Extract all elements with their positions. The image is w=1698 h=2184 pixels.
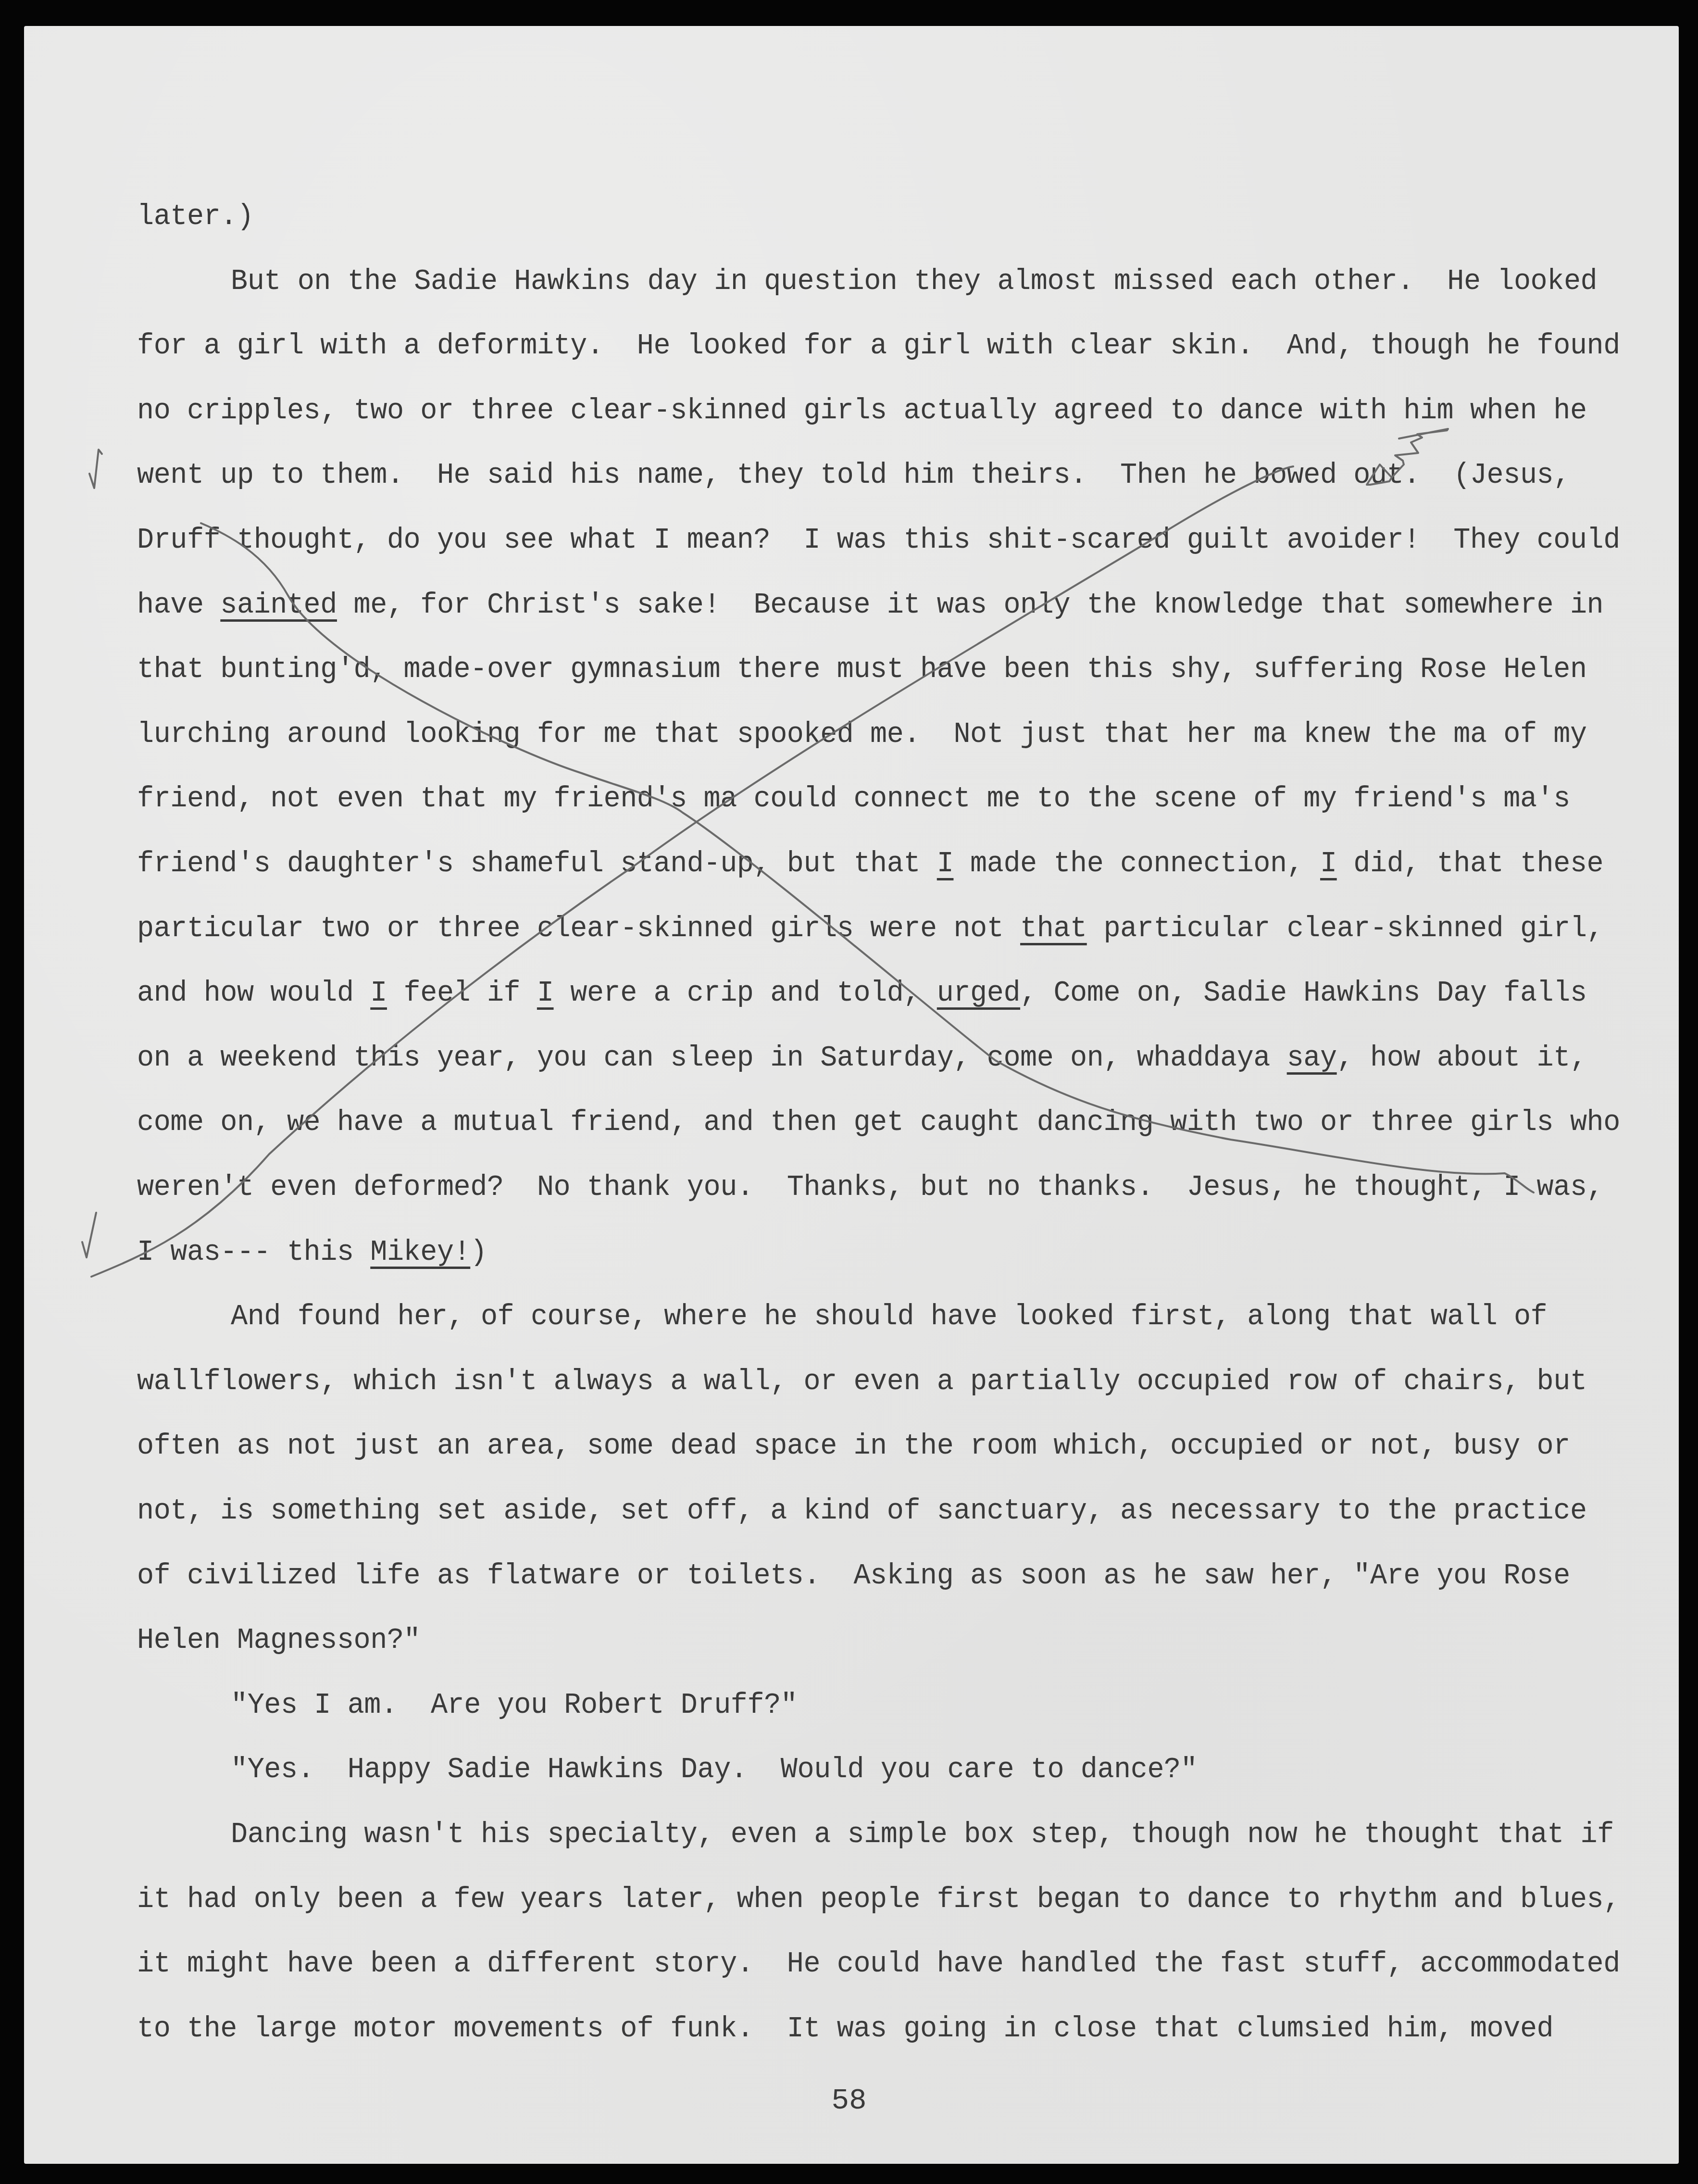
text-line: "Yes I am. Are you Robert Druff?" bbox=[231, 1691, 798, 1720]
underlined-word: say bbox=[1287, 1042, 1337, 1075]
text-line: "Yes. Happy Sadie Hawkins Day. Would you… bbox=[231, 1755, 1197, 1784]
underlined-word: I bbox=[1320, 847, 1337, 880]
text-run: it had only been a few years later, when… bbox=[137, 1883, 1620, 1916]
text-run: particular clear-skinned girl, bbox=[1087, 912, 1604, 945]
text-line: friend, not even that my friend's ma cou… bbox=[137, 784, 1570, 814]
text-line: later.) bbox=[137, 202, 254, 231]
text-run: for a girl with a deformity. He looked f… bbox=[137, 329, 1620, 363]
text-line: wallflowers, which isn't always a wall, … bbox=[137, 1367, 1587, 1396]
text-run: particular two or three clear-skinned gi… bbox=[137, 912, 1020, 945]
text-run: And found her, of course, where he shoul… bbox=[231, 1300, 1547, 1333]
text-run: come on, we have a mutual friend, and th… bbox=[137, 1106, 1620, 1139]
text-run: , how about it, bbox=[1337, 1042, 1587, 1075]
underlined-word: sainted bbox=[220, 589, 337, 622]
text-run: went up to them. He said his name, they … bbox=[137, 459, 1570, 492]
text-run: no cripples, two or three clear-skinned … bbox=[137, 394, 1587, 427]
underlined-word: that bbox=[1020, 912, 1087, 945]
text-run: made the connection, bbox=[953, 847, 1320, 880]
text-line: that bunting'd, made-over gymnasium ther… bbox=[137, 655, 1587, 684]
text-run: Druff thought, do you see what I mean? I… bbox=[137, 524, 1620, 557]
text-line: And found her, of course, where he shoul… bbox=[231, 1302, 1547, 1331]
text-line: to the large motor movements of funk. It… bbox=[137, 2014, 1553, 2044]
text-run: feel if bbox=[387, 977, 537, 1010]
text-line: particular two or three clear-skinned gi… bbox=[137, 914, 1603, 943]
text-run: friend's daughter's shameful stand-up, b… bbox=[137, 847, 937, 880]
underlined-word: I bbox=[370, 977, 387, 1010]
text-line: on a weekend this year, you can sleep in… bbox=[137, 1043, 1587, 1073]
text-line: Helen Magnesson?" bbox=[137, 1626, 420, 1655]
text-line: friend's daughter's shameful stand-up, b… bbox=[137, 849, 1603, 879]
text-line: Dancing wasn't his specialty, even a sim… bbox=[231, 1820, 1614, 1849]
text-line: of civilized life as flatware or toilets… bbox=[137, 1561, 1570, 1591]
text-run: did, that these bbox=[1337, 847, 1604, 880]
text-line: no cripples, two or three clear-skinned … bbox=[137, 396, 1587, 426]
text-run: But on the Sadie Hawkins day in question… bbox=[231, 265, 1597, 298]
text-line: and how would I feel if I were a crip an… bbox=[137, 979, 1587, 1008]
text-run: me, for Christ's sake! Because it was on… bbox=[337, 589, 1603, 622]
text-run: wallflowers, which isn't always a wall, … bbox=[137, 1365, 1587, 1398]
text-run: ) bbox=[470, 1236, 487, 1269]
text-line: not, is something set aside, set off, a … bbox=[137, 1496, 1587, 1526]
text-run: and how would bbox=[137, 977, 370, 1010]
text-run: lurching around looking for me that spoo… bbox=[137, 718, 1587, 751]
page-number: 58 bbox=[0, 2084, 1698, 2118]
text-run: later.) bbox=[137, 200, 254, 233]
text-run: Helen Magnesson?" bbox=[137, 1624, 420, 1657]
text-run: "Yes. Happy Sadie Hawkins Day. Would you… bbox=[231, 1753, 1197, 1786]
text-run: often as not just an area, some dead spa… bbox=[137, 1430, 1570, 1463]
text-line: I was--- this Mikey!) bbox=[137, 1238, 487, 1267]
text-run: friend, not even that my friend's ma cou… bbox=[137, 782, 1570, 816]
text-line: it might have been a different story. He… bbox=[137, 1949, 1620, 1979]
text-run: "Yes I am. Are you Robert Druff?" bbox=[231, 1689, 798, 1722]
underlined-word: I bbox=[537, 977, 554, 1010]
text-run: have bbox=[137, 589, 220, 622]
text-line: come on, we have a mutual friend, and th… bbox=[137, 1108, 1620, 1137]
text-line: lurching around looking for me that spoo… bbox=[137, 720, 1587, 749]
text-run: weren't even deformed? No thank you. Tha… bbox=[137, 1171, 1603, 1204]
text-run: to the large motor movements of funk. It… bbox=[137, 2012, 1553, 2046]
text-run: that bunting'd, made-over gymnasium ther… bbox=[137, 653, 1587, 686]
text-run: I was--- this bbox=[137, 1236, 370, 1269]
text-line: Druff thought, do you see what I mean? I… bbox=[137, 526, 1620, 555]
underlined-word: urged bbox=[937, 977, 1020, 1010]
text-run: on a weekend this year, you can sleep in… bbox=[137, 1042, 1287, 1075]
text-line: But on the Sadie Hawkins day in question… bbox=[231, 267, 1597, 296]
underlined-word: Mikey! bbox=[370, 1236, 470, 1269]
text-line: for a girl with a deformity. He looked f… bbox=[137, 331, 1620, 361]
text-run: Dancing wasn't his specialty, even a sim… bbox=[231, 1818, 1614, 1851]
text-line: have sainted me, for Christ's sake! Beca… bbox=[137, 590, 1603, 620]
text-run: of civilized life as flatware or toilets… bbox=[137, 1559, 1570, 1593]
underlined-word: I bbox=[937, 847, 954, 880]
text-line: often as not just an area, some dead spa… bbox=[137, 1431, 1570, 1461]
text-run: not, is something set aside, set off, a … bbox=[137, 1494, 1587, 1528]
text-run: were a crip and told, bbox=[554, 977, 937, 1010]
text-line: weren't even deformed? No thank you. Tha… bbox=[137, 1173, 1603, 1202]
text-run: it might have been a different story. He… bbox=[137, 1947, 1620, 1981]
text-line: it had only been a few years later, when… bbox=[137, 1885, 1620, 1914]
text-line: went up to them. He said his name, they … bbox=[137, 461, 1570, 490]
text-run: , Come on, Sadie Hawkins Day falls bbox=[1020, 977, 1587, 1010]
